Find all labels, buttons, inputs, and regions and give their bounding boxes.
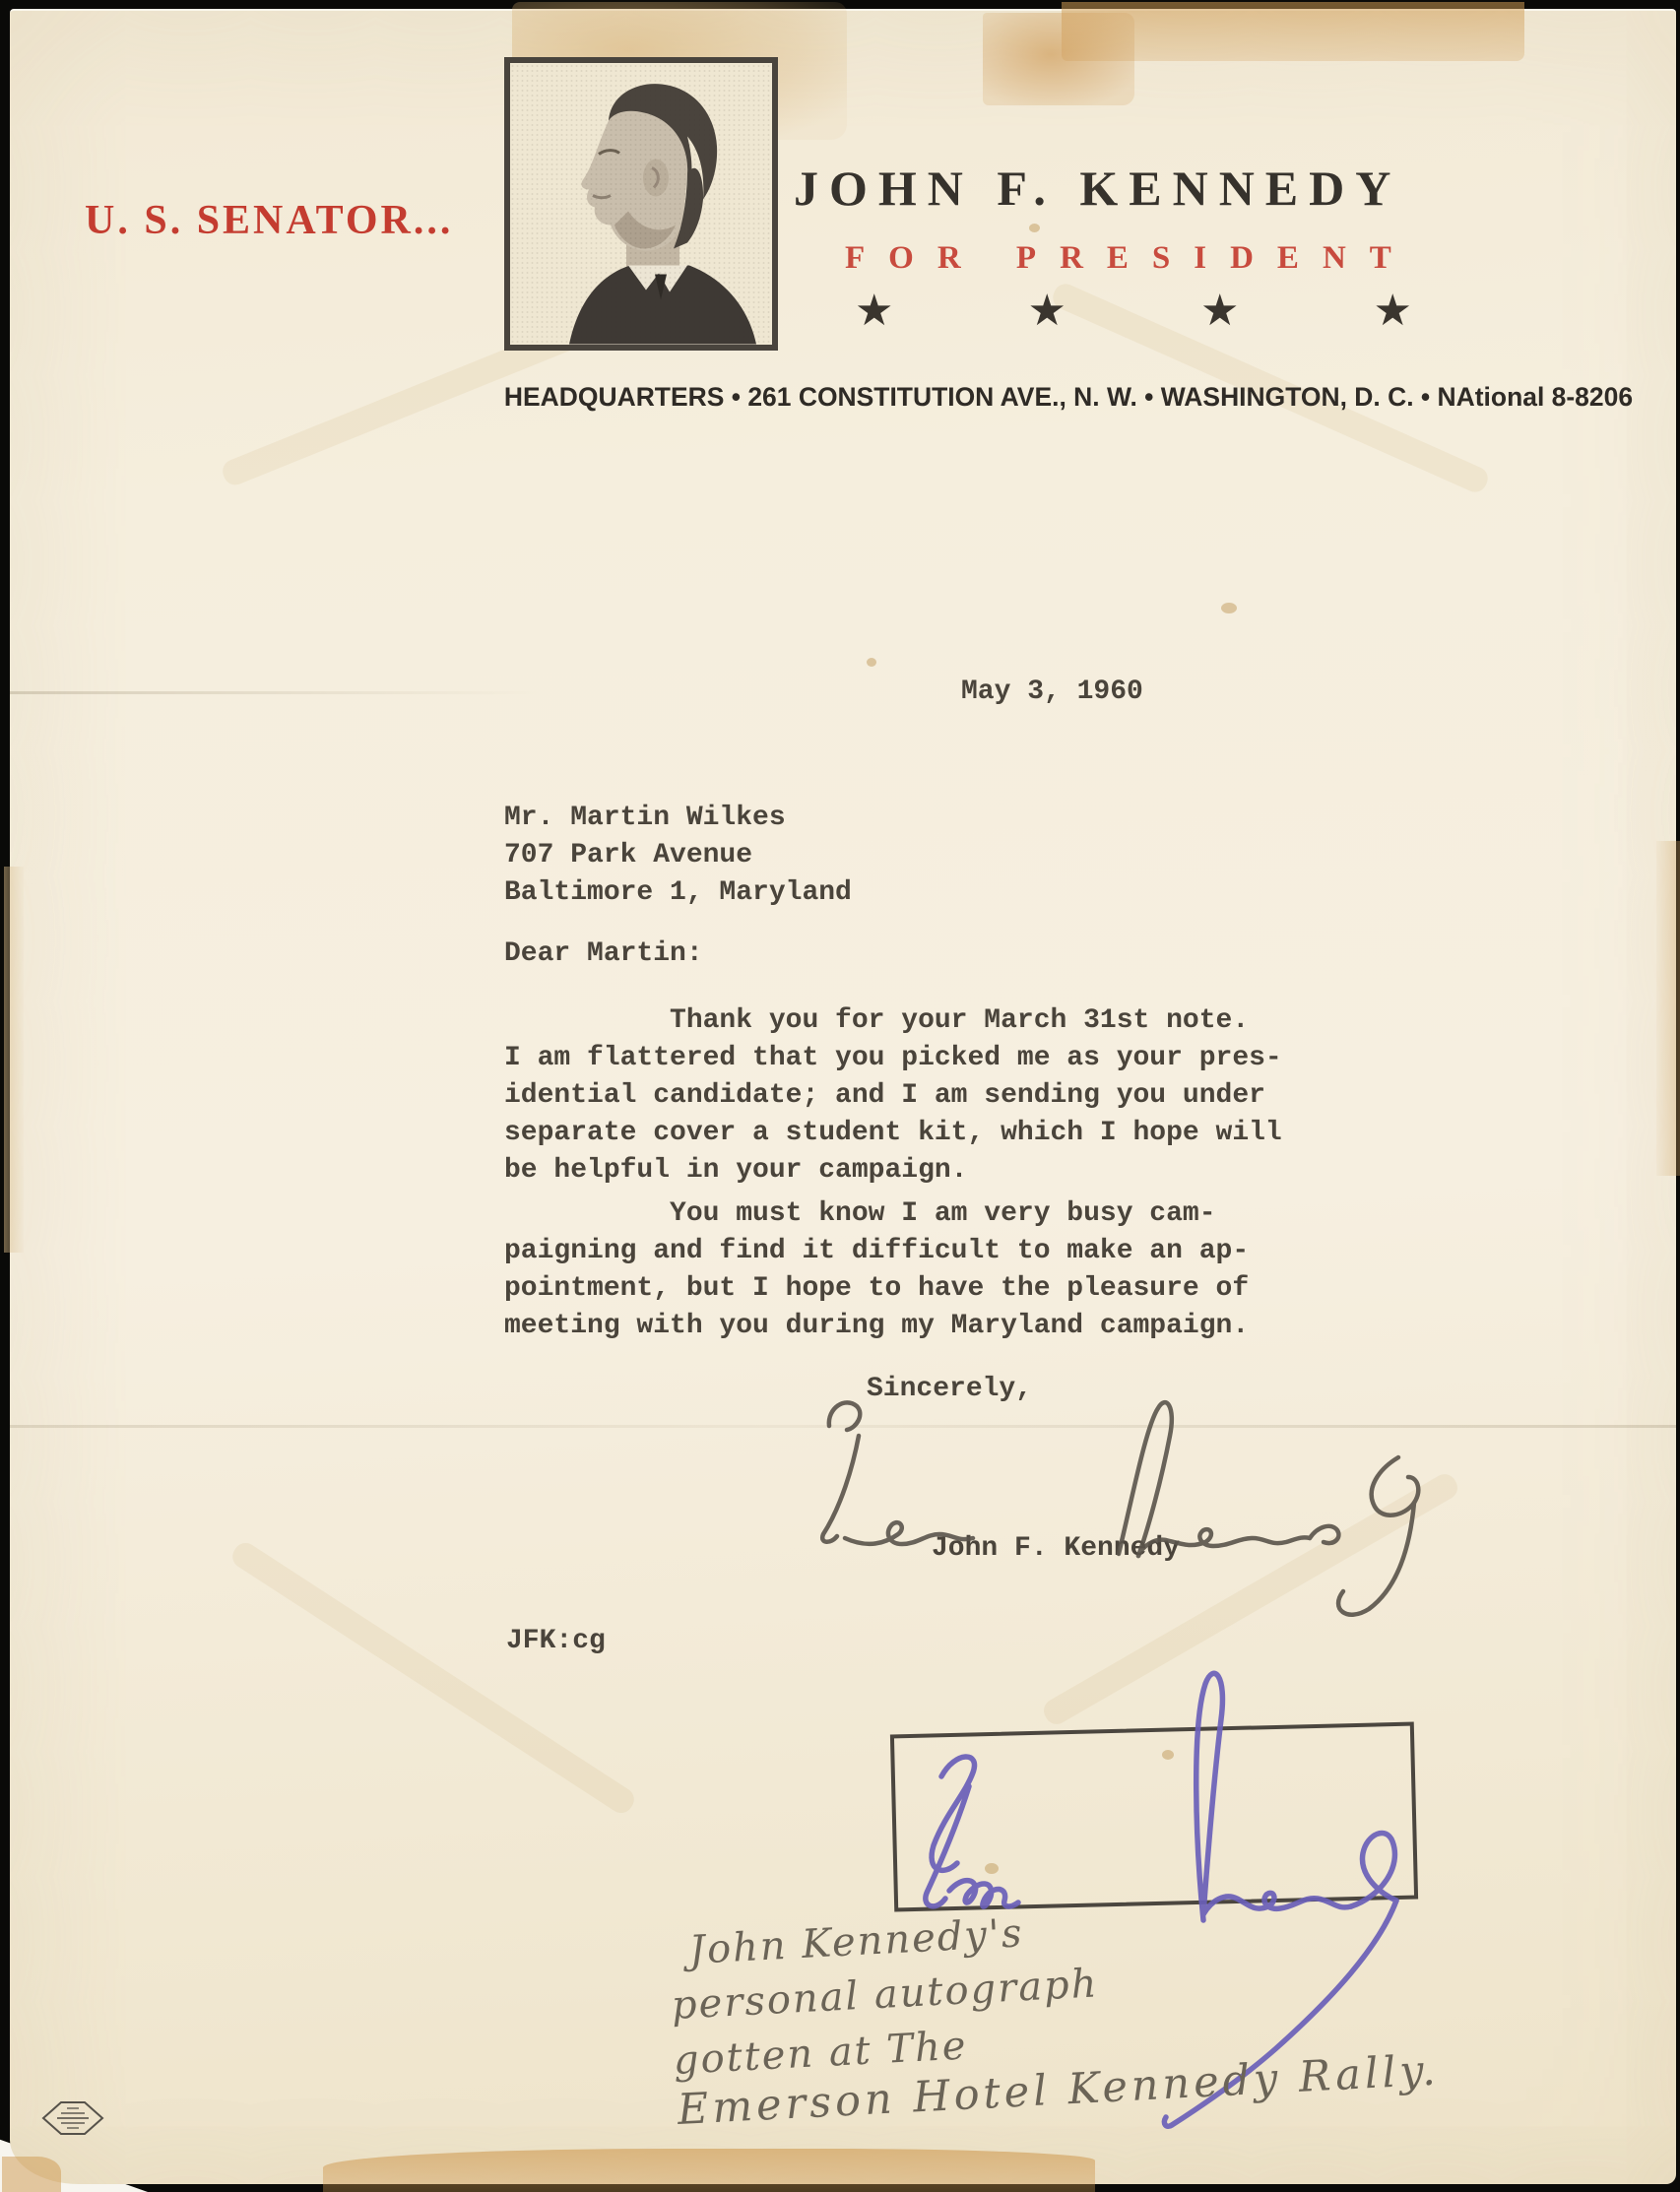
body-line: be helpful in your campaign. <box>504 1152 1282 1190</box>
recipient-line: Mr. Martin Wilkes <box>504 800 852 837</box>
senator-label: U. S. SENATOR... <box>85 197 453 244</box>
crease-impression <box>228 1538 639 1817</box>
stain-dot <box>1221 603 1237 613</box>
crease-impression <box>1040 1470 1462 1729</box>
jack-kennedy-pencil-signature <box>808 1379 1457 1654</box>
body-line: paigning and find it difficult to make a… <box>504 1233 1249 1270</box>
tape-stain <box>983 13 1134 105</box>
stain-dot <box>1029 224 1040 232</box>
tape-stain <box>1062 2 1524 61</box>
headquarters-line: HEADQUARTERS • 261 CONSTITUTION AVE., N.… <box>485 382 1652 413</box>
pencil-note-line: John Kennedy's <box>688 1910 1025 1973</box>
star-icon: ★ <box>1374 290 1412 333</box>
tape-stain <box>4 867 24 1253</box>
body-line: pointment, but I hope to have the pleasu… <box>504 1270 1249 1308</box>
jfk-portrait-photo <box>504 57 778 351</box>
star-icon: ★ <box>1028 290 1066 333</box>
letter-date: May 3, 1960 <box>961 674 1143 711</box>
body-line: Thank you for your March 31st note. <box>504 1002 1282 1040</box>
tape-stain <box>1656 841 1680 1176</box>
letter-paper: U. S. SENATOR... <box>10 9 1676 2184</box>
jfk-profile-portrait <box>510 63 772 345</box>
paragraph-1: Thank you for your March 31st note. I am… <box>504 1002 1282 1190</box>
typist-reference: JFK:cg <box>506 1623 606 1660</box>
recipient-line: Baltimore 1, Maryland <box>504 874 852 912</box>
typed-signature: John F. Kennedy <box>932 1530 1180 1568</box>
stain-dot <box>867 658 876 667</box>
recipient-address: Mr. Martin Wilkes 707 Park Avenue Baltim… <box>504 800 852 912</box>
tape-stain <box>323 2149 1095 2192</box>
campaign-line: FOR PRESIDENT <box>845 240 1415 277</box>
body-line: I am flattered that you picked me as you… <box>504 1040 1282 1077</box>
body-line: You must know I am very busy cam- <box>504 1195 1249 1233</box>
candidate-name: JOHN F. KENNEDY <box>794 160 1401 217</box>
body-line: idential candidate; and I am sending you… <box>504 1077 1282 1115</box>
paragraph-2: You must know I am very busy cam- paigni… <box>504 1195 1249 1345</box>
body-line: meeting with you during my Maryland camp… <box>504 1308 1249 1345</box>
body-line: separate cover a student kit, which I ho… <box>504 1115 1282 1152</box>
fold-crease <box>10 691 542 694</box>
autograph-box-outline <box>890 1722 1418 1912</box>
star-row: ★ ★ ★ ★ <box>855 290 1412 333</box>
fold-crease <box>10 1425 1676 1428</box>
scanned-letter: U. S. SENATOR... <box>0 0 1680 2192</box>
salutation: Dear Martin: <box>504 935 703 973</box>
star-icon: ★ <box>1200 290 1239 333</box>
printers-union-bug-icon <box>37 2095 108 2141</box>
closing: Sincerely, <box>867 1371 1032 1408</box>
recipient-line: 707 Park Avenue <box>504 837 852 874</box>
star-icon: ★ <box>855 290 893 333</box>
